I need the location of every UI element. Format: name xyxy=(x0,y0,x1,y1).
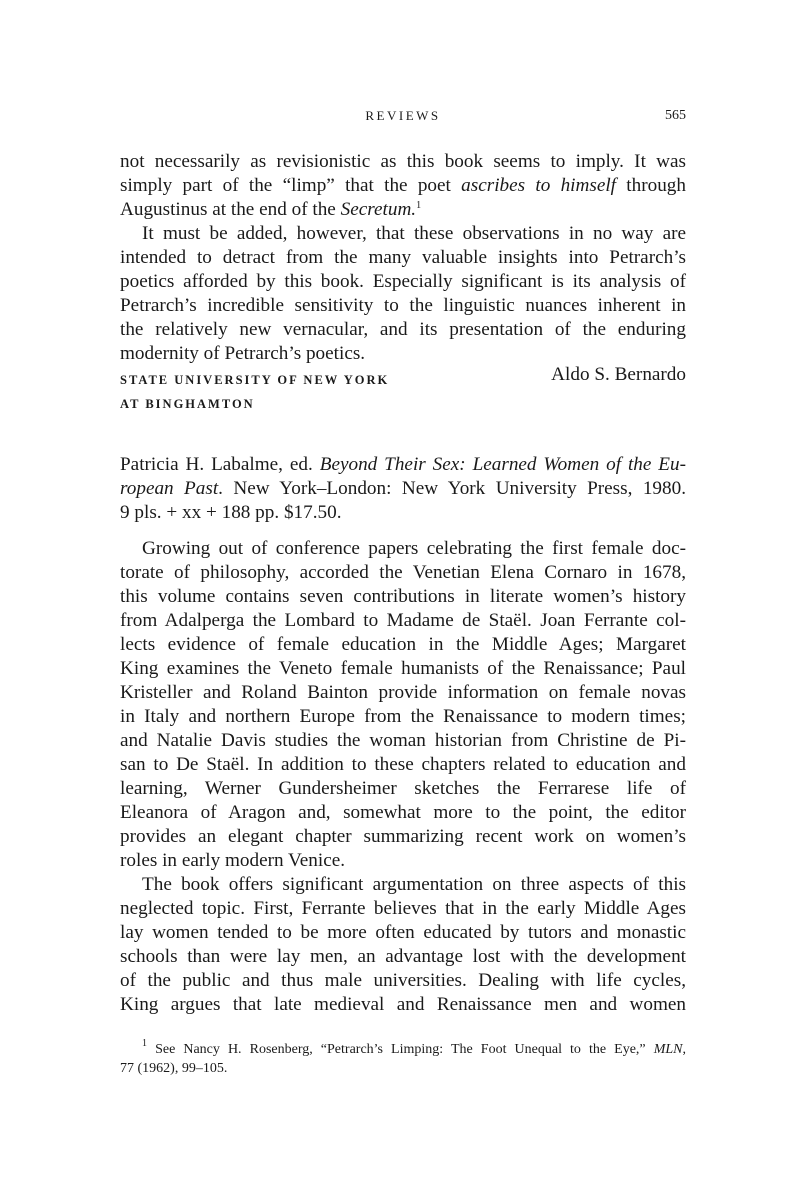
footnote-line: 77 (1962), 99–105. xyxy=(120,1059,686,1078)
text-line: intended to detract from the many valuab… xyxy=(120,246,686,270)
review-paragraph-2: The book offers significant argumentatio… xyxy=(120,873,686,1017)
text-line: neglected topic. First, Ferrante believe… xyxy=(120,897,686,921)
text-line: learning, Werner Gundersheimer sketches … xyxy=(120,777,686,801)
text-line: this volume contains seven contributions… xyxy=(120,585,686,609)
previous-review-text: not necessarily as revisionistic as this… xyxy=(120,150,686,366)
review-signoff: STATE UNIVERSITY OF NEW YORK AT BINGHAMT… xyxy=(120,368,686,418)
text-line: Augustinus at the end of the Secretum.1 xyxy=(120,198,686,222)
text-line: 9 pls. + xx + 188 pp. $17.50. xyxy=(120,501,686,525)
reviewer-name: Aldo S. Bernardo xyxy=(551,364,686,386)
text-line: the relatively new vernacular, and its p… xyxy=(120,318,686,342)
reviewer-affiliation: STATE UNIVERSITY OF NEW YORK AT BINGHAMT… xyxy=(120,368,389,416)
text-line: Patricia H. Labalme, ed. Beyond Their Se… xyxy=(120,453,686,477)
text-line: Growing out of conference papers celebra… xyxy=(120,537,686,561)
text-line: roles in early modern Venice. xyxy=(120,849,686,873)
text-line: in Italy and northern Europe from the Re… xyxy=(120,705,686,729)
text-line: poetics afforded by this book. Especiall… xyxy=(120,270,686,294)
text-line: lects evidence of female education in th… xyxy=(120,633,686,657)
text-line: Kristeller and Roland Bainton provide in… xyxy=(120,681,686,705)
text-line: schools than were lay men, an advantage … xyxy=(120,945,686,969)
text-line: not necessarily as revisionistic as this… xyxy=(120,150,686,174)
text-line: King examines the Veneto female humanist… xyxy=(120,657,686,681)
text-line: from Adalperga the Lombard to Madame de … xyxy=(120,609,686,633)
text-line: of the public and thus male universities… xyxy=(120,969,686,993)
running-title: REVIEWS xyxy=(120,108,686,124)
text-line: and Natalie Davis studies the woman hist… xyxy=(120,729,686,753)
text-line: san to De Staël. In addition to these ch… xyxy=(120,753,686,777)
text-line: ropean Past. New York–London: New York U… xyxy=(120,477,686,501)
review-paragraph-1: Growing out of conference papers celebra… xyxy=(120,537,686,873)
text-line: Eleanora of Aragon and, somewhat more to… xyxy=(120,801,686,825)
text-line: torate of philosophy, accorded the Venet… xyxy=(120,561,686,585)
footnote: 1 See Nancy H. Rosenberg, “Petrarch’s Li… xyxy=(120,1040,686,1078)
footnote-line: 1 See Nancy H. Rosenberg, “Petrarch’s Li… xyxy=(120,1040,686,1059)
text-line: The book offers significant argumentatio… xyxy=(120,873,686,897)
book-citation: Patricia H. Labalme, ed. Beyond Their Se… xyxy=(120,453,686,525)
text-line: King argues that late medieval and Renai… xyxy=(120,993,686,1017)
text-line: modernity of Petrarch’s poetics. xyxy=(120,342,686,366)
running-head: REVIEWS 565 xyxy=(120,108,686,128)
text-line: Petrarch’s incredible sensitivity to the… xyxy=(120,294,686,318)
text-line: provides an elegant chapter summarizing … xyxy=(120,825,686,849)
text-line: simply part of the “limp” that the poet … xyxy=(120,174,686,198)
text-line: lay women tended to be more often educat… xyxy=(120,921,686,945)
text-line: It must be added, however, that these ob… xyxy=(120,222,686,246)
page-number: 565 xyxy=(665,108,686,124)
footnote-ref: 1 xyxy=(416,200,421,211)
